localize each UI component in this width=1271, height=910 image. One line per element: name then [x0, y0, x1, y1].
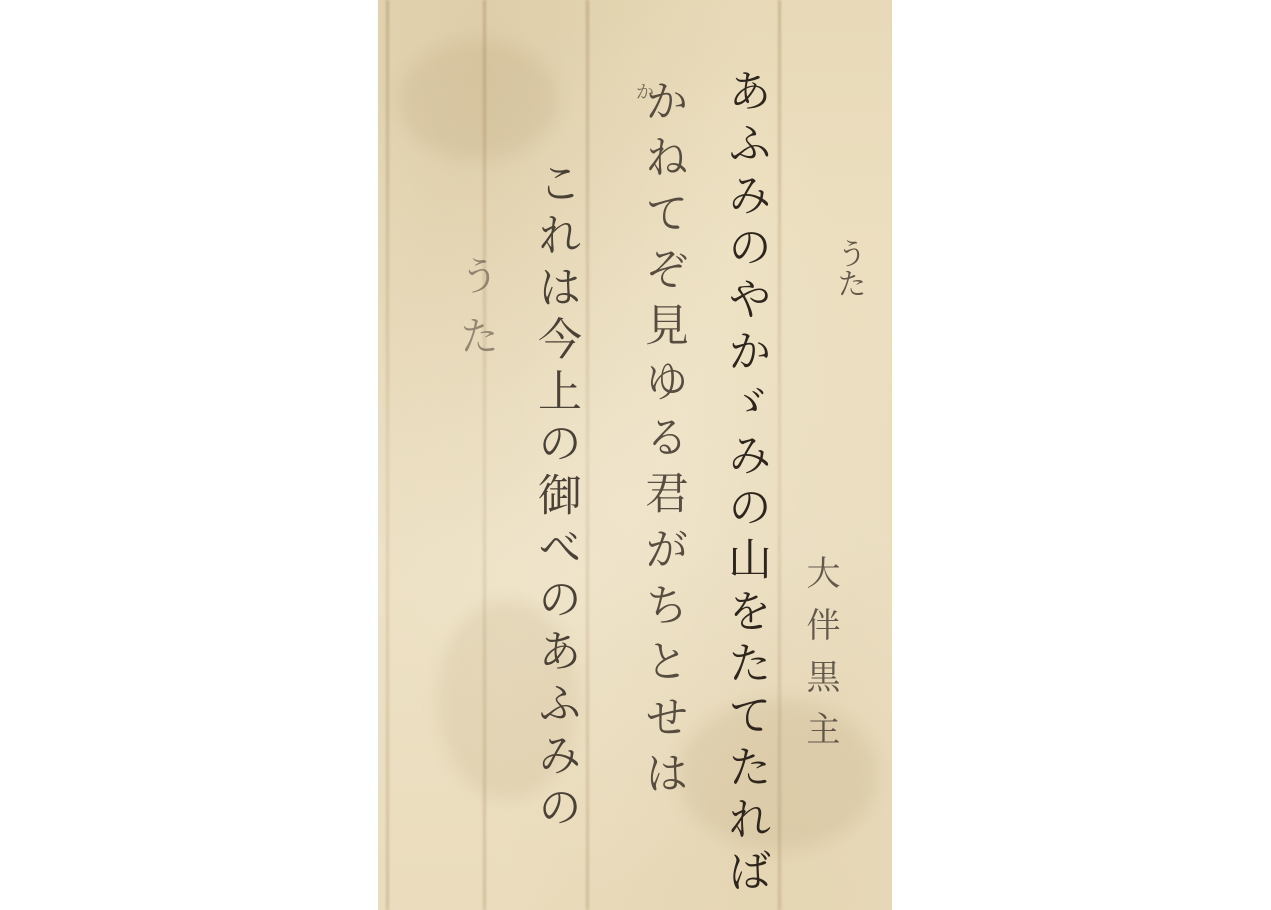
note-end-uta: うた — [456, 255, 496, 465]
note-column: これは今上の御べのあふみの — [533, 160, 577, 840]
fold-line — [386, 0, 389, 910]
heading-uta: うた — [833, 238, 863, 318]
paper-stain — [678, 700, 878, 850]
poem-line-2: かねてぞ見ゆる君がちとせは — [640, 78, 684, 818]
paper-stain — [398, 40, 558, 160]
poem-line-1: あふみのやかゞみの山をたてたれば — [723, 68, 767, 910]
author-name: 大伴黒主 — [803, 555, 837, 765]
manuscript-page: うた 大伴黒主 あふみのやかゞみの山をたてたれば か かねてぞ見ゆる君がちとせは… — [378, 0, 892, 910]
fold-line — [586, 0, 589, 910]
